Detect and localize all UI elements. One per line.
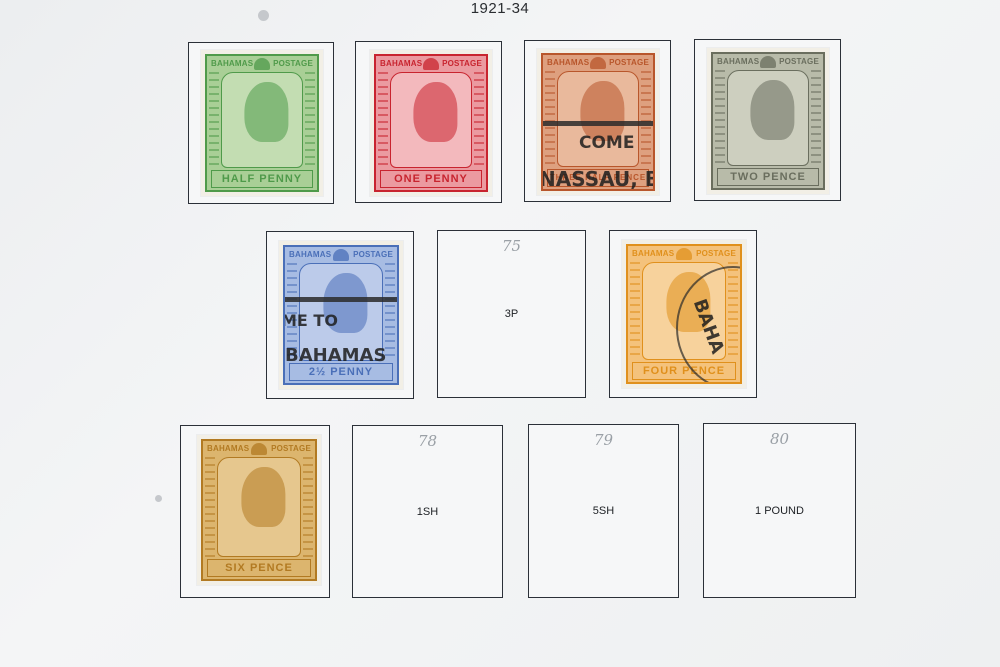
cancel-text: NASSAU, BA xyxy=(541,167,655,191)
stamp-value: SIX PENCE xyxy=(207,559,311,577)
king-portrait-icon xyxy=(413,82,457,142)
stamp-slot-six-pence: BAHAMASPOSTAGESIX PENCE xyxy=(180,425,330,598)
stamp-two-pence[interactable]: BAHAMASPOSTAGETWO PENCE xyxy=(707,48,829,194)
ornament-left xyxy=(209,72,219,168)
stamp-slot-1-pound-empty[interactable]: 80 1 POUND xyxy=(703,423,856,598)
catalog-number: 75 xyxy=(438,237,585,255)
stamp-header: BAHAMASPOSTAGE xyxy=(207,444,311,453)
ornament-right xyxy=(303,457,313,557)
ornament-left xyxy=(630,262,640,360)
page-title: 1921-34 xyxy=(0,0,1000,17)
stamp-design: BAHAMASPOSTAGEFOUR PENCEBAHA xyxy=(626,244,742,384)
stamp-design: BAHAMASPOSTAGE2½ PENNYME TOBAHAMAS xyxy=(283,245,399,385)
stamp-half-penny[interactable]: BAHAMASPOSTAGEHALF PENNY xyxy=(201,50,323,196)
ornament-right xyxy=(305,72,315,168)
ornament-left xyxy=(378,72,388,168)
stamp-postage: POSTAGE xyxy=(609,58,649,67)
stamp-slot-two-pence: BAHAMASPOSTAGETWO PENCE xyxy=(694,39,841,201)
stamp-slot-two-and-half-penny: BAHAMASPOSTAGE2½ PENNYME TOBAHAMAS xyxy=(266,231,414,399)
stamp-one-penny[interactable]: BAHAMASPOSTAGEONE PENNY xyxy=(370,50,492,196)
stamp-postage: POSTAGE xyxy=(273,59,313,68)
stamp-value: HALF PENNY xyxy=(211,170,313,188)
stamp-country: BAHAMAS xyxy=(207,444,249,453)
catalog-number: 79 xyxy=(529,431,678,449)
king-portrait-icon xyxy=(244,82,288,142)
stamp-country: BAHAMAS xyxy=(547,58,589,67)
stamp-header: BAHAMASPOSTAGE xyxy=(211,59,313,68)
stamp-postage: POSTAGE xyxy=(779,57,819,66)
stamp-design: BAHAMASPOSTAGETWO PENCE xyxy=(711,52,825,190)
king-portrait-icon xyxy=(241,467,285,527)
king-portrait-icon xyxy=(580,81,624,141)
stamp-country: BAHAMAS xyxy=(289,250,331,259)
stamp-postage: POSTAGE xyxy=(271,444,311,453)
stamp-design: BAHAMASPOSTAGEHALF PENNY xyxy=(205,54,319,192)
slot-label: 5SH xyxy=(529,505,678,517)
stamp-postage: POSTAGE xyxy=(696,249,736,258)
stamp-three-half-pence[interactable]: BAHAMASPOSTAGETHREE HALF PENCECOMENASSAU… xyxy=(537,49,659,195)
stamp-design: BAHAMASPOSTAGESIX PENCE xyxy=(201,439,317,581)
slot-label: 1 POUND xyxy=(704,505,855,517)
stamp-slot-5sh-empty[interactable]: 79 5SH xyxy=(528,424,679,598)
ornament-right xyxy=(385,263,395,361)
stamp-two-and-half-penny[interactable]: BAHAMASPOSTAGE2½ PENNYME TOBAHAMAS xyxy=(279,241,403,389)
cancel-text: ME TO xyxy=(283,311,338,330)
slot-label: 3P xyxy=(438,308,585,320)
stamp-six-pence[interactable]: BAHAMASPOSTAGESIX PENCE xyxy=(197,435,321,585)
stamp-value: ONE PENNY xyxy=(380,170,482,188)
stamp-header: BAHAMASPOSTAGE xyxy=(632,249,736,258)
stamp-country: BAHAMAS xyxy=(380,59,422,68)
stamp-slot-four-pence: BAHAMASPOSTAGEFOUR PENCEBAHA xyxy=(609,230,757,398)
stamp-four-pence[interactable]: BAHAMASPOSTAGEFOUR PENCEBAHA xyxy=(622,240,746,388)
stamp-header: BAHAMASPOSTAGE xyxy=(717,57,819,66)
stamp-slot-one-penny: BAHAMASPOSTAGEONE PENNY xyxy=(355,41,502,203)
ornament-right xyxy=(811,70,821,166)
stamp-slot-three-half-pence: BAHAMASPOSTAGETHREE HALF PENCECOMENASSAU… xyxy=(524,40,671,202)
cancel-bar xyxy=(541,121,655,126)
stamp-header: BAHAMASPOSTAGE xyxy=(547,58,649,67)
stamp-postage: POSTAGE xyxy=(353,250,393,259)
stamp-value: TWO PENCE xyxy=(717,168,819,186)
cancel-bar xyxy=(283,297,399,302)
stamp-slot-half-penny: BAHAMASPOSTAGEHALF PENNY xyxy=(188,42,334,204)
stamp-country: BAHAMAS xyxy=(211,59,253,68)
stamp-country: BAHAMAS xyxy=(717,57,759,66)
stamp-header: BAHAMASPOSTAGE xyxy=(380,59,482,68)
ornament-left xyxy=(205,457,215,557)
slot-label: 1SH xyxy=(353,506,502,518)
stamp-design: BAHAMASPOSTAGEONE PENNY xyxy=(374,54,488,192)
cancel-text: BAHAMAS xyxy=(285,345,386,366)
ornament-right xyxy=(474,72,484,168)
page-spot xyxy=(258,10,269,21)
ornament-left xyxy=(715,70,725,166)
stamp-header: BAHAMASPOSTAGE xyxy=(289,250,393,259)
stamp-design: BAHAMASPOSTAGETHREE HALF PENCECOMENASSAU… xyxy=(541,53,655,191)
catalog-number: 80 xyxy=(704,430,855,448)
stamp-slot-1sh-empty[interactable]: 78 1SH xyxy=(352,425,503,598)
catalog-number: 78 xyxy=(353,432,502,450)
king-portrait-icon xyxy=(750,80,794,140)
ornament-left xyxy=(545,71,555,167)
stamp-postage: POSTAGE xyxy=(442,59,482,68)
page-spot xyxy=(155,495,162,502)
ornament-right xyxy=(641,71,651,167)
stamp-slot-3p-empty[interactable]: 75 3P xyxy=(437,230,586,398)
cancel-text: COME xyxy=(579,133,634,153)
stamp-country: BAHAMAS xyxy=(632,249,674,258)
